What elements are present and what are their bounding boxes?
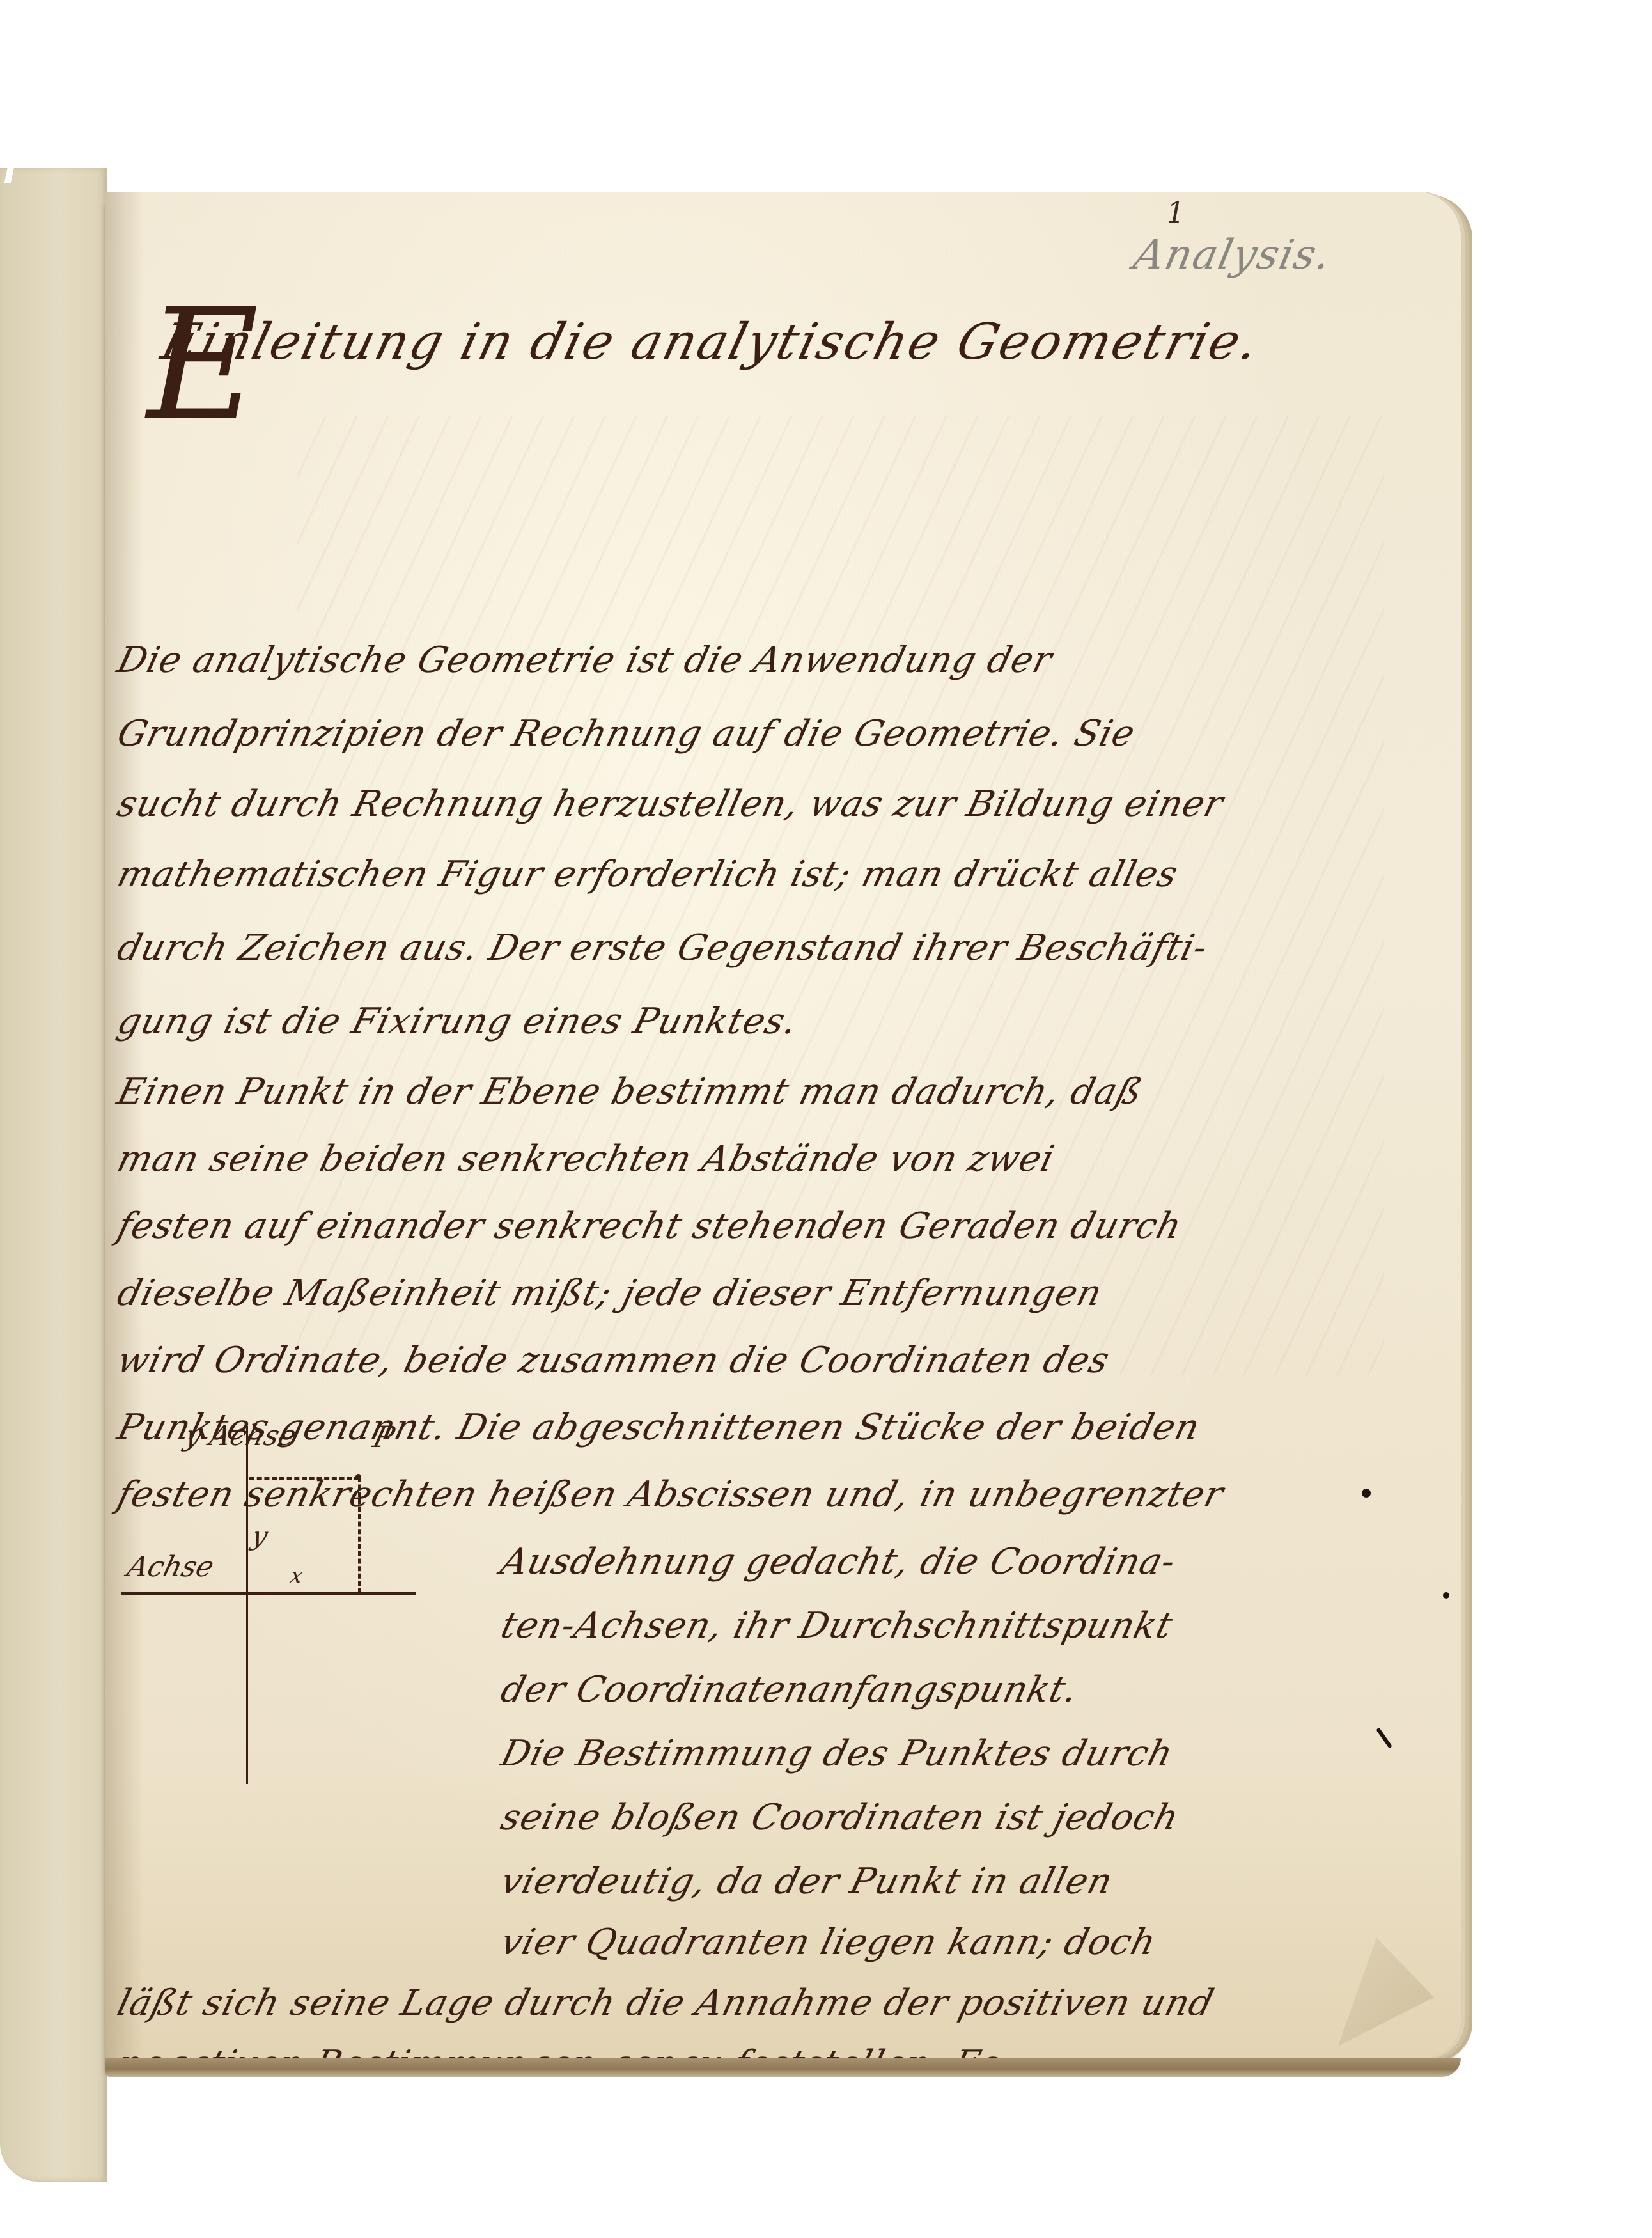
pencil-annotation: Analysis. xyxy=(1130,231,1336,279)
folded-corner xyxy=(1338,1937,1434,2046)
text-line-indented: vier Quadranten liegen kann; doch xyxy=(497,1921,1160,1963)
ink-dot-mark xyxy=(1443,1592,1449,1599)
page-number: 1 xyxy=(1167,197,1185,230)
text-line-indented: seine bloßen Coordinaten ist jedoch xyxy=(497,1797,1183,1838)
y-axis-line xyxy=(246,1426,248,1784)
text-line: läßt sich seine Lage durch die Annahme d… xyxy=(113,1982,1219,2024)
coordinate-axes-diagram: y Achse Achse P y x xyxy=(121,1426,416,1784)
text-line: Einen Punkt in der Ebene bestimmt man da… xyxy=(113,1071,1147,1113)
text-line: sucht durch Rechnung herzustellen, was z… xyxy=(113,783,1227,825)
text-line-indented: ten-Achsen, ihr Durchschnittspunkt xyxy=(497,1605,1177,1647)
left-facing-page xyxy=(0,168,107,2182)
x-axis-line xyxy=(121,1592,416,1595)
text-line-indented: Die Bestimmung des Punktes durch xyxy=(497,1733,1178,1774)
point-p-marker xyxy=(355,1474,361,1480)
x-axis-label: Achse xyxy=(124,1551,217,1583)
text-line: wird Ordinate, beide zusammen die Coordi… xyxy=(113,1340,1114,1381)
page-title: Einleitung in die analytische Geometrie. xyxy=(156,313,1266,371)
text-line: Grundprinzipien der Rechnung auf die Geo… xyxy=(113,713,1139,755)
text-line-indented: der Coordinatenanfangspunkt. xyxy=(497,1669,1082,1710)
ink-stroke-mark xyxy=(1376,1728,1392,1749)
manuscript-page: 1 Analysis. E Einleitung in die analytis… xyxy=(105,192,1461,2059)
dashed-projection-vertical xyxy=(358,1477,361,1593)
text-line: mathematischen Figur erforderlich ist; m… xyxy=(113,854,1182,895)
text-line: man seine beiden senkrechten Abstände vo… xyxy=(113,1138,1059,1180)
dashed-projection-horizontal xyxy=(249,1477,359,1480)
text-line: festen auf einander senkrecht stehenden … xyxy=(113,1205,1186,1247)
text-line-indented: vierdeutig, da der Punkt in allen xyxy=(497,1861,1117,1902)
ink-dot-mark xyxy=(1362,1489,1371,1498)
text-line: dieselbe Maßeinheit mißt; jede dieser En… xyxy=(113,1272,1107,1314)
paper-tear xyxy=(4,164,15,183)
y-axis-label: y Achse xyxy=(182,1420,300,1452)
text-line-indented: Ausdehnung gedacht, die Coordina- xyxy=(497,1541,1180,1583)
text-line: gung ist die Fixirung eines Punktes. xyxy=(113,1001,802,1042)
worn-page-edge xyxy=(105,2058,1461,2077)
y-segment-label: y xyxy=(249,1522,270,1551)
x-segment-label: x xyxy=(288,1563,306,1588)
text-line: durch Zeichen aus. Der erste Gegenstand … xyxy=(113,927,1212,969)
text-line: Die analytische Geometrie ist die Anwend… xyxy=(113,639,1057,681)
